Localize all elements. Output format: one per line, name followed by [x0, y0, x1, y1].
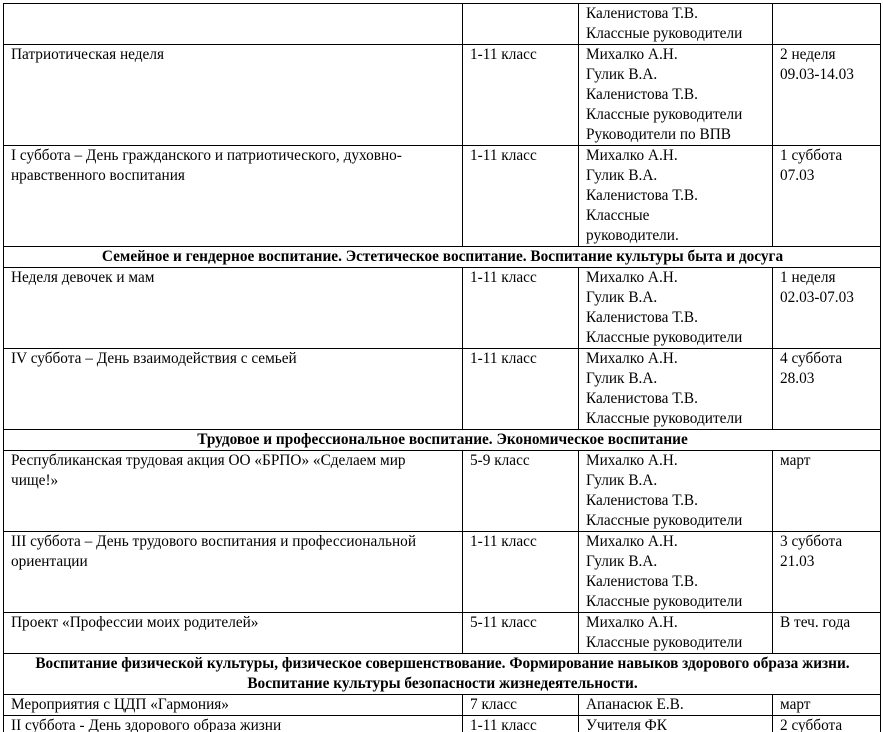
responsible-person: Классные: [586, 206, 766, 226]
responsible-person: Каленистова Т.В.: [586, 4, 766, 24]
responsible-cell: Михалко А.Н.Гулик В.А.Каленистова Т.В.Кл…: [579, 349, 773, 430]
responsible-cell: Михалко А.Н.Гулик В.А.Каленистова Т.В.Кл…: [579, 146, 773, 247]
grade-cell: 5-9 класс: [463, 451, 579, 532]
grade-text: 7 класс: [470, 695, 572, 715]
responsible-cell: Апанасюк Е.В.: [579, 695, 773, 716]
section-title: Семейное и гендерное воспитание. Эстетич…: [4, 247, 881, 268]
event-cell: Мероприятия с ЦДП «Гармония»: [4, 695, 463, 716]
responsible-cell: Каленистова Т.В.Классные руководители: [579, 4, 773, 45]
date-cell: 2 суббота: [773, 716, 881, 732]
table-row: III суббота – День трудового воспитания …: [4, 532, 881, 613]
date-text: 28.03: [780, 369, 874, 389]
responsible-person: Каленистова Т.В.: [586, 186, 766, 206]
table-row: Каленистова Т.В.Классные руководители: [4, 4, 881, 45]
grade-text: 1-11 класс: [470, 716, 572, 732]
responsible-person: Михалко А.Н.: [586, 349, 766, 369]
grade-text: 5-11 класс: [470, 613, 572, 633]
event-name: Мероприятия с ЦДП «Гармония»: [11, 695, 456, 715]
grade-cell: 1-11 класс: [463, 532, 579, 613]
date-text: 2 неделя: [780, 45, 874, 65]
table-row: Мероприятия с ЦДП «Гармония»7 классАпана…: [4, 695, 881, 716]
event-name: Патриотическая неделя: [11, 45, 456, 65]
grade-cell: 1-11 класс: [463, 45, 579, 146]
grade-cell: [463, 4, 579, 45]
grade-cell: 1-11 класс: [463, 146, 579, 247]
responsible-person: Каленистова Т.В.: [586, 491, 766, 511]
table-row: IV суббота – День взаимодействия с семье…: [4, 349, 881, 430]
grade-text: 1-11 класс: [470, 532, 572, 552]
date-cell: 1 неделя02.03-07.03: [773, 268, 881, 349]
event-cell: III суббота – День трудового воспитания …: [4, 532, 463, 613]
date-cell: март: [773, 695, 881, 716]
table-row: I суббота – День гражданского и патриоти…: [4, 146, 881, 247]
event-cell: Проект «Профессии моих родителей»: [4, 613, 463, 654]
responsible-person: Михалко А.Н.: [586, 146, 766, 166]
event-cell: I суббота – День гражданского и патриоти…: [4, 146, 463, 247]
date-text: 09.03-14.03: [780, 65, 874, 85]
section-title: Трудовое и профессиональное воспитание. …: [4, 430, 881, 451]
responsible-person: Каленистова Т.В.: [586, 389, 766, 409]
grade-text: 1-11 класс: [470, 45, 572, 65]
date-text: 2 суббота: [780, 716, 874, 732]
section-header-row: Воспитание физической культуры, физическ…: [4, 654, 881, 695]
date-text: 4 суббота: [780, 349, 874, 369]
responsible-person: Классные руководители: [586, 409, 766, 429]
date-text: В теч. года: [780, 613, 874, 633]
responsible-person: Михалко А.Н.: [586, 45, 766, 65]
table-row: Проект «Профессии моих родителей»5-11 кл…: [4, 613, 881, 654]
date-text: март: [780, 695, 874, 715]
event-cell: [4, 4, 463, 45]
event-name: I суббота – День гражданского и патриоти…: [11, 146, 456, 186]
responsible-person: Михалко А.Н.: [586, 451, 766, 471]
responsible-cell: Михалко А.Н.Гулик В.А.Каленистова Т.В.Кл…: [579, 268, 773, 349]
date-cell: 4 суббота28.03: [773, 349, 881, 430]
grade-text: 1-11 класс: [470, 268, 572, 288]
responsible-person: Каленистова Т.В.: [586, 308, 766, 328]
date-text: 07.03: [780, 166, 874, 186]
table-body: Каленистова Т.В.Классные руководителиПат…: [4, 4, 881, 732]
date-text: март: [780, 451, 874, 471]
responsible-person: Гулик В.А.: [586, 288, 766, 308]
section-header-row: Трудовое и профессиональное воспитание. …: [4, 430, 881, 451]
event-cell: IV суббота – День взаимодействия с семье…: [4, 349, 463, 430]
responsible-person: Учителя ФК: [586, 716, 766, 732]
section-title: Воспитание физической культуры, физическ…: [4, 654, 881, 695]
responsible-person: руководители.: [586, 226, 766, 246]
date-cell: В теч. года: [773, 613, 881, 654]
table-row: Республиканская трудовая акция ОО «БРПО»…: [4, 451, 881, 532]
date-cell: 1 суббота07.03: [773, 146, 881, 247]
date-cell: 3 суббота21.03: [773, 532, 881, 613]
responsible-person: Гулик В.А.: [586, 369, 766, 389]
responsible-cell: Михалко А.Н.Гулик В.А.Каленистова Т.В.Кл…: [579, 451, 773, 532]
grade-cell: 5-11 класс: [463, 613, 579, 654]
grade-text: 1-11 класс: [470, 349, 572, 369]
date-cell: 2 неделя09.03-14.03: [773, 45, 881, 146]
responsible-person: Гулик В.А.: [586, 65, 766, 85]
grade-cell: 1-11 класс: [463, 716, 579, 732]
date-cell: март: [773, 451, 881, 532]
responsible-person: Михалко А.Н.: [586, 532, 766, 552]
responsible-person: Гулик В.А.: [586, 471, 766, 491]
event-name: Республиканская трудовая акция ОО «БРПО»…: [11, 451, 456, 491]
grade-cell: 7 класс: [463, 695, 579, 716]
event-name: Проект «Профессии моих родителей»: [11, 613, 456, 633]
event-name: III суббота – День трудового воспитания …: [11, 532, 456, 572]
responsible-cell: Михалко А.Н.Классные руководители: [579, 613, 773, 654]
date-text: 1 суббота: [780, 146, 874, 166]
table-row: Неделя девочек и мам1-11 классМихалко А.…: [4, 268, 881, 349]
responsible-person: Каленистова Т.В.: [586, 85, 766, 105]
responsible-person: Классные руководители: [586, 328, 766, 348]
event-cell: Неделя девочек и мам: [4, 268, 463, 349]
event-cell: II суббота - День здорового образа жизни: [4, 716, 463, 732]
event-cell: Республиканская трудовая акция ОО «БРПО»…: [4, 451, 463, 532]
section-header-row: Семейное и гендерное воспитание. Эстетич…: [4, 247, 881, 268]
responsible-person: Каленистова Т.В.: [586, 572, 766, 592]
responsible-person: Классные руководители: [586, 592, 766, 612]
date-text: 02.03-07.03: [780, 288, 874, 308]
responsible-person: Классные руководители: [586, 105, 766, 125]
responsible-person: Апанасюк Е.В.: [586, 695, 766, 715]
event-name: II суббота - День здорового образа жизни: [11, 716, 456, 732]
event-name: Неделя девочек и мам: [11, 268, 456, 288]
responsible-person: Классные руководители: [586, 633, 766, 653]
table-row: Патриотическая неделя1-11 классМихалко А…: [4, 45, 881, 146]
date-text: 1 неделя: [780, 268, 874, 288]
date-text: 21.03: [780, 552, 874, 572]
responsible-person: Руководители по ВПВ: [586, 125, 766, 145]
responsible-cell: Михалко А.Н.Гулик В.А.Каленистова Т.В.Кл…: [579, 45, 773, 146]
responsible-person: Классные руководители: [586, 511, 766, 531]
table-row: II суббота - День здорового образа жизни…: [4, 716, 881, 732]
responsible-person: Гулик В.А.: [586, 166, 766, 186]
event-name: IV суббота – День взаимодействия с семье…: [11, 349, 456, 369]
grade-text: 1-11 класс: [470, 146, 572, 166]
responsible-person: Гулик В.А.: [586, 552, 766, 572]
grade-text: 5-9 класс: [470, 451, 572, 471]
responsible-person: Михалко А.Н.: [586, 268, 766, 288]
grade-cell: 1-11 класс: [463, 268, 579, 349]
responsible-cell: Учителя ФК: [579, 716, 773, 732]
responsible-cell: Михалко А.Н.Гулик В.А.Каленистова Т.В.Кл…: [579, 532, 773, 613]
responsible-person: Михалко А.Н.: [586, 613, 766, 633]
events-plan-table: Каленистова Т.В.Классные руководителиПат…: [3, 3, 881, 732]
event-cell: Патриотическая неделя: [4, 45, 463, 146]
responsible-person: Классные руководители: [586, 24, 766, 44]
grade-cell: 1-11 класс: [463, 349, 579, 430]
date-cell: [773, 4, 881, 45]
date-text: 3 суббота: [780, 532, 874, 552]
